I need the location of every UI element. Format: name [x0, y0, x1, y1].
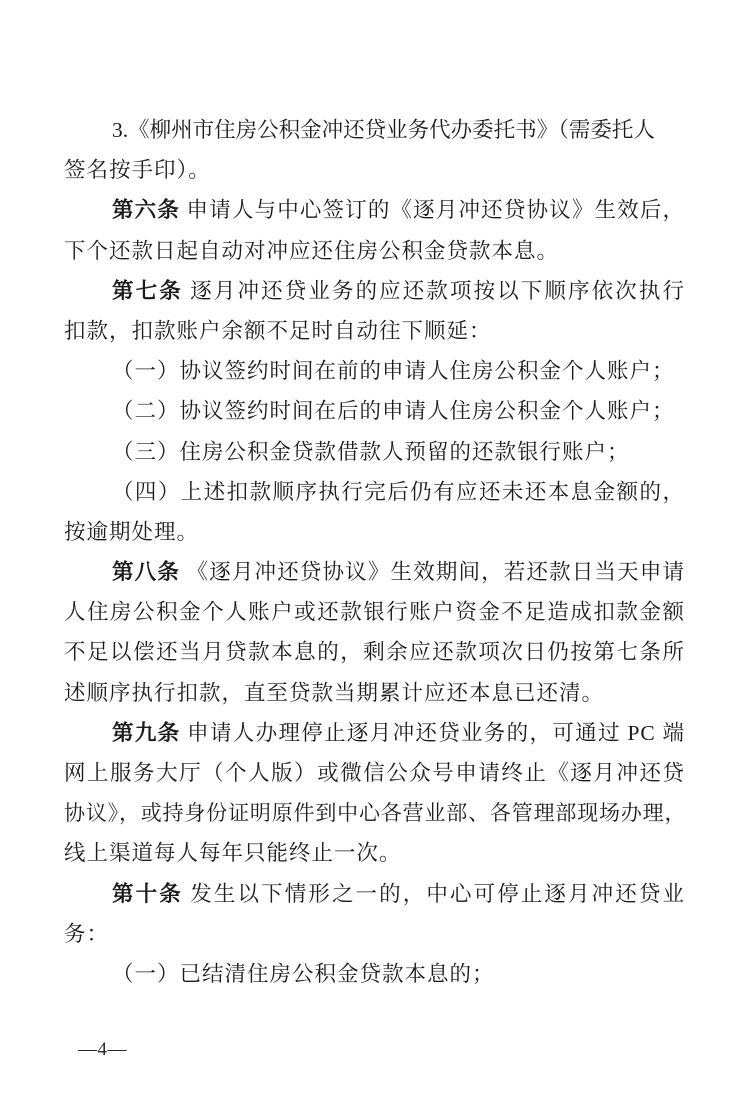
document-line: 下个还款日起自动对冲应还住房公积金贷款本息。: [64, 231, 685, 271]
document-line: 协议》，或持身份证明原件到中心各营业部、各管理部现场办理，: [64, 793, 685, 833]
line-text: （四）上述扣款顺序执行完后仍有应还未还本息金额的，: [112, 480, 685, 504]
document-line: 签名按手印）。: [64, 150, 685, 190]
article-number: 第六条: [112, 198, 180, 222]
article-number: 第八条: [112, 560, 180, 584]
document-line: 人住房公积金个人账户或还款银行账户资金不足造成扣款金额: [64, 592, 685, 632]
page-number: —4—: [78, 1038, 127, 1062]
document-line: 第十条 发生以下情形之一的，中心可停止逐月冲还贷业: [64, 874, 685, 914]
document-line: 第九条 申请人办理停止逐月冲还贷业务的，可通过 PC 端: [64, 713, 685, 753]
line-text: 按逾期处理。: [64, 520, 199, 544]
line-text: 申请人办理停止逐月冲还贷业务的，可通过 PC 端: [180, 721, 685, 745]
document-line: 第六条 申请人与中心签订的《逐月冲还贷协议》生效后，: [64, 190, 685, 230]
document-line: 扣款，扣款账户余额不足时自动往下顺延：: [64, 311, 685, 351]
line-text: 签名按手印）。: [64, 158, 211, 182]
document-line: 第八条 《逐月冲还贷协议》生效期间，若还款日当天申请: [64, 552, 685, 592]
line-text: 下个还款日起自动对冲应还住房公积金贷款本息。: [64, 239, 559, 263]
document-body: 3.《柳州市住房公积金冲还贷业务代办委托书》（需委托人签名按手印）。第六条 申请…: [64, 110, 685, 994]
document-line: 不足以偿还当月贷款本息的，剩余应还款项次日仍按第七条所: [64, 632, 685, 672]
document-line: （四）上述扣款顺序执行完后仍有应还未还本息金额的，: [64, 472, 685, 512]
line-text: 人住房公积金个人账户或还款银行账户资金不足造成扣款金额: [64, 600, 685, 624]
article-number: 第九条: [112, 721, 180, 745]
document-page: 3.《柳州市住房公积金冲还贷业务代办委托书》（需委托人签名按手印）。第六条 申请…: [0, 0, 755, 1119]
line-text: 逐月冲还贷业务的应还款项按以下顺序依次执行: [183, 279, 685, 303]
line-text: 线上渠道每人每年只能终止一次。: [64, 841, 402, 865]
document-line: 按逾期处理。: [64, 512, 685, 552]
line-text: （一）协议签约时间在前的申请人住房公积金个人账户；: [112, 359, 675, 383]
document-line: 务：: [64, 914, 685, 954]
line-text: （一）已结清住房公积金贷款本息的；: [112, 962, 495, 986]
document-line: （一）协议签约时间在前的申请人住房公积金个人账户；: [64, 351, 685, 391]
line-text: 申请人与中心签订的《逐月冲还贷协议》生效后，: [180, 198, 685, 222]
line-text: （二）协议签约时间在后的申请人住房公积金个人账户；: [112, 399, 675, 423]
document-line: 3.《柳州市住房公积金冲还贷业务代办委托书》（需委托人: [64, 110, 685, 150]
document-line: 线上渠道每人每年只能终止一次。: [64, 833, 685, 873]
line-text: 网上服务大厅（个人版）或微信公众号申请终止《逐月冲还贷: [64, 761, 685, 785]
document-line: （一）已结清住房公积金贷款本息的；: [64, 954, 685, 994]
line-text: 发生以下情形之一的，中心可停止逐月冲还贷业: [183, 882, 685, 906]
line-text: 《逐月冲还贷协议》生效期间，若还款日当天申请: [180, 560, 685, 584]
document-line: 网上服务大厅（个人版）或微信公众号申请终止《逐月冲还贷: [64, 753, 685, 793]
line-text: 不足以偿还当月贷款本息的，剩余应还款项次日仍按第七条所: [64, 640, 685, 664]
line-text: （三）住房公积金贷款借款人预留的还款银行账户；: [112, 440, 630, 464]
document-line: （二）协议签约时间在后的申请人住房公积金个人账户；: [64, 391, 685, 431]
line-text: 3.《柳州市住房公积金冲还贷业务代办委托书》（需委托人: [112, 118, 655, 142]
article-number: 第十条: [112, 882, 183, 906]
document-line: 述顺序执行扣款，直至贷款当期累计应还本息已还清。: [64, 673, 685, 713]
line-text: 务：: [64, 922, 109, 946]
document-line: （三）住房公积金贷款借款人预留的还款银行账户；: [64, 432, 685, 472]
line-text: 述顺序执行扣款，直至贷款当期累计应还本息已还清。: [64, 681, 604, 705]
document-line: 第七条 逐月冲还贷业务的应还款项按以下顺序依次执行: [64, 271, 685, 311]
article-number: 第七条: [112, 279, 183, 303]
line-text: 协议》，或持身份证明原件到中心各营业部、各管理部现场办理，: [64, 801, 685, 825]
line-text: 扣款，扣款账户余额不足时自动往下顺延：: [64, 319, 492, 343]
